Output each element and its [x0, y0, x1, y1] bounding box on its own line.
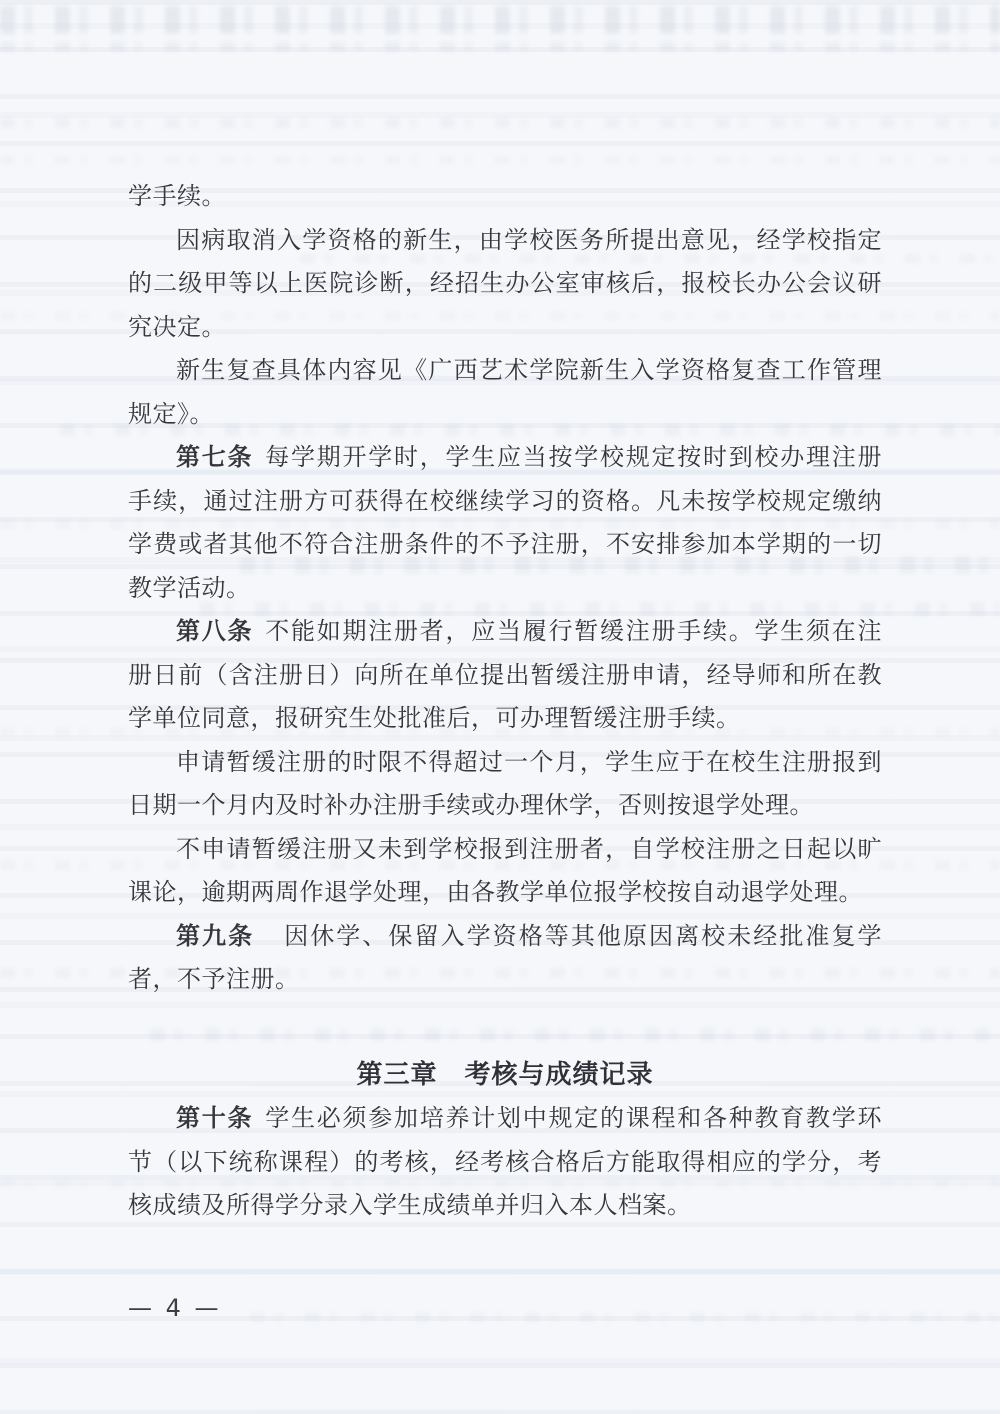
- line-text: 的二级甲等以上医院诊断，经招生办公室审核后，报校长办公会议研: [128, 269, 882, 297]
- text-line: 规定》。: [128, 393, 882, 437]
- line-text: 节（以下统称课程）的考核，经考核合格后方能取得相应的学分，考: [128, 1148, 882, 1176]
- article-number: 第七条: [176, 443, 253, 471]
- text-line: 究决定。: [128, 306, 882, 350]
- line-text: 者，不予注册。: [128, 965, 300, 993]
- line-text: 因病取消入学资格的新生，由学校医务所提出意见，经学校指定: [176, 226, 882, 254]
- text-line: 学费或者其他不符合注册条件的不予注册，不安排参加本学期的一切: [128, 523, 882, 567]
- bleedthrough-artifact: [250, 1312, 1000, 1322]
- text-line: 节（以下统称课程）的考核，经考核合格后方能取得相应的学分，考: [128, 1141, 882, 1185]
- text-line: 核成绩及所得学分录入学生成绩单并归入本人档案。: [128, 1184, 882, 1228]
- article-number: 第十条: [176, 1104, 253, 1132]
- text-line: 手续，通过注册方可获得在校继续学习的资格。凡未按学校规定缴纳: [128, 480, 882, 524]
- text-line: 第八条不能如期注册者，应当履行暂缓注册手续。学生须在注: [128, 610, 882, 654]
- line-text: 手续，通过注册方可获得在校继续学习的资格。凡未按学校规定缴纳: [128, 487, 882, 515]
- line-text: 核成绩及所得学分录入学生成绩单并归入本人档案。: [128, 1191, 692, 1219]
- text-line: 课论，逾期两周作退学处理，由各教学单位报学校按自动退学处理。: [128, 871, 882, 915]
- line-text: 新生复查具体内容见《广西艺术学院新生入学资格复查工作管理: [176, 356, 882, 384]
- text-line: 新生复查具体内容见《广西艺术学院新生入学资格复查工作管理: [128, 349, 882, 393]
- line-text: 规定》。: [128, 400, 214, 428]
- scanned-document-page: 学手续。 因病取消入学资格的新生，由学校医务所提出意见，经学校指定 的二级甲等以…: [0, 0, 1000, 1414]
- text-line: 者，不予注册。: [128, 958, 882, 1002]
- text-line: 教学活动。: [128, 567, 882, 611]
- line-text: 教学活动。: [128, 574, 251, 602]
- text-line: 的二级甲等以上医院诊断，经招生办公室审核后，报校长办公会议研: [128, 262, 882, 306]
- line-text: 学费或者其他不符合注册条件的不予注册，不安排参加本学期的一切: [128, 530, 882, 558]
- text-line: 学手续。: [128, 175, 882, 219]
- text-line: 第七条每学期开学时，学生应当按学校规定按时到校办理注册: [128, 436, 882, 480]
- chapter-heading: 第三章 考核与成绩记录: [128, 1054, 882, 1098]
- line-text: 究决定。: [128, 313, 226, 341]
- text-line: 册日前（含注册日）向所在单位提出暂缓注册申请，经导师和所在教: [128, 654, 882, 698]
- line-text: 课论，逾期两周作退学处理，由各教学单位报学校按自动退学处理。: [128, 878, 863, 906]
- article-number: 第八条: [176, 617, 253, 645]
- text-line: 因病取消入学资格的新生，由学校医务所提出意见，经学校指定: [128, 219, 882, 263]
- text-line: 日期一个月内及时补办注册手续或办理休学，否则按退学处理。: [128, 784, 882, 828]
- line-text: 不能如期注册者，应当履行暂缓注册手续。学生须在注: [265, 617, 882, 645]
- text-line: 第十条学生必须参加培养计划中规定的课程和各种教育教学环: [128, 1097, 882, 1141]
- article-number: 第九条: [176, 922, 254, 950]
- line-text: 不申请暂缓注册又未到学校报到注册者，自学校注册之日起以旷: [176, 835, 882, 863]
- document-body: 学手续。 因病取消入学资格的新生，由学校医务所提出意见，经学校指定 的二级甲等以…: [128, 175, 882, 1228]
- page-number: — 4 —: [128, 1294, 222, 1322]
- text-line: 第九条因休学、保留入学资格等其他原因离校未经批准复学: [128, 915, 882, 959]
- line-text: 日期一个月内及时补办注册手续或办理休学，否则按退学处理。: [128, 791, 814, 819]
- line-text: 学单位同意，报研究生处批准后，可办理暂缓注册手续。: [128, 704, 741, 732]
- bleedthrough-artifact: [0, 118, 1000, 128]
- line-text: 学手续。: [128, 182, 226, 210]
- line-text: 每学期开学时，学生应当按学校规定按时到校办理注册: [265, 443, 882, 471]
- bleedthrough-artifact: [0, 156, 1000, 164]
- text-line: 申请暂缓注册的时限不得超过一个月，学生应于在校生注册报到: [128, 741, 882, 785]
- line-text: 申请暂缓注册的时限不得超过一个月，学生应于在校生注册报到: [176, 748, 882, 776]
- text-line: 不申请暂缓注册又未到学校报到注册者，自学校注册之日起以旷: [128, 828, 882, 872]
- bleedthrough-artifact: [0, 6, 1000, 34]
- bleedthrough-artifact: [0, 42, 1000, 51]
- line-text: 因休学、保留入学资格等其他原因离校未经批准复学: [284, 922, 882, 950]
- line-text: 册日前（含注册日）向所在单位提出暂缓注册申请，经导师和所在教: [128, 661, 882, 689]
- line-text: 学生必须参加培养计划中规定的课程和各种教育教学环: [265, 1104, 882, 1132]
- text-line: 学单位同意，报研究生处批准后，可办理暂缓注册手续。: [128, 697, 882, 741]
